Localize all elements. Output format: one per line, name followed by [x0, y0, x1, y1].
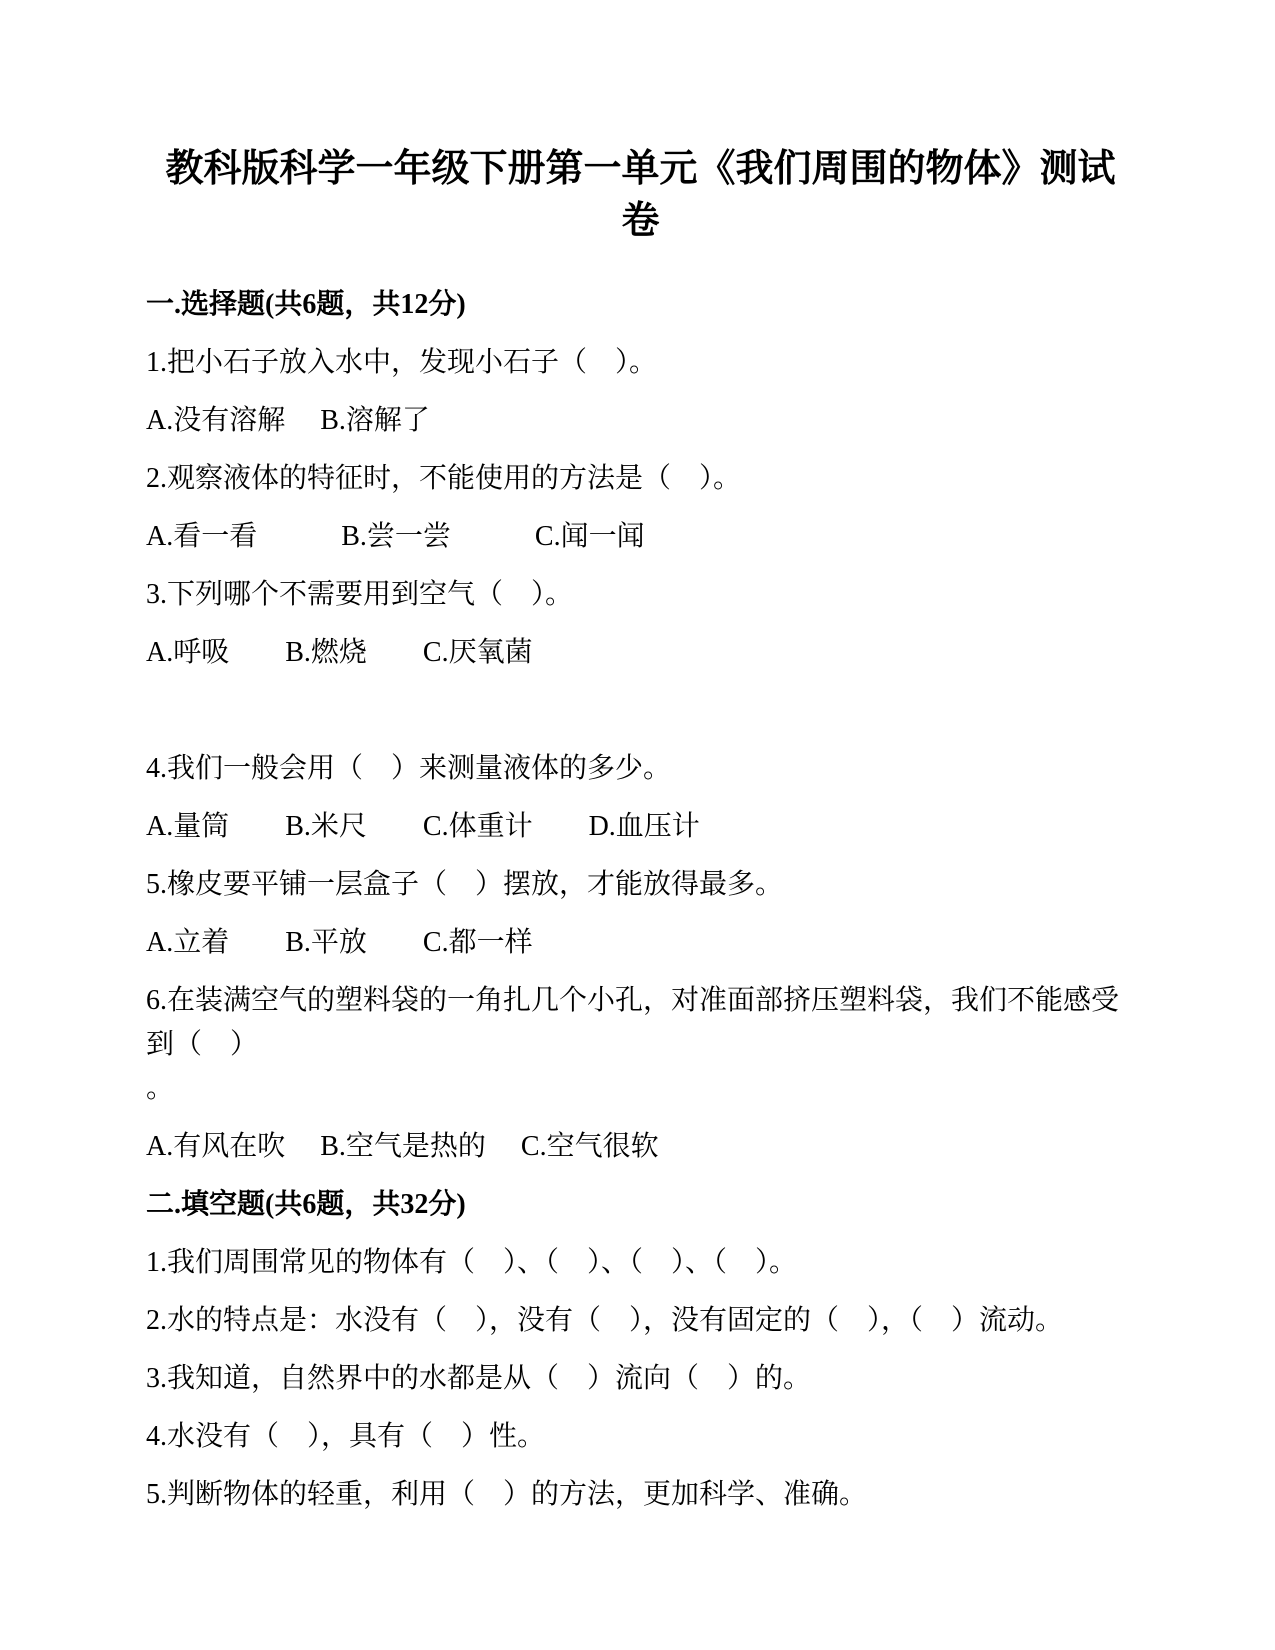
- question-text: 5.判断物体的轻重，利用（ ）的方法，更加科学、准确。: [146, 1473, 1135, 1517]
- section-choice: 一.选择题(共6题，共12分) 1.把小石子放入水中，发现小石子（ ）。 A.没…: [146, 283, 1135, 1169]
- question-text: 3.下列哪个不需要用到空气（ ）。: [146, 573, 1135, 617]
- question-text: 5.橡皮要平铺一层盒子（ ）摆放，才能放得最多。: [146, 863, 1135, 907]
- question-options: A.看一看 B.尝一尝 C.闻一闻: [146, 515, 1135, 559]
- section-fill-blank: 二.填空题(共6题，共32分) 1.我们周围常见的物体有（ ）、（ ）、（ ）、…: [146, 1183, 1135, 1517]
- question-options: A.立着 B.平放 C.都一样: [146, 921, 1135, 965]
- section-heading-choice: 一.选择题(共6题，共12分): [146, 283, 1135, 327]
- document-title: 教科版科学一年级下册第一单元《我们周围的物体》测试卷: [161, 143, 1121, 247]
- section-heading-fill-blank: 二.填空题(共6题，共32分): [146, 1183, 1135, 1227]
- question-text: 1.把小石子放入水中，发现小石子（ ）。: [146, 341, 1135, 385]
- question-text: 3.我知道，自然界中的水都是从（ ）流向（ ）的。: [146, 1357, 1135, 1401]
- question-text: 4.我们一般会用（ ）来测量液体的多少。: [146, 747, 1135, 791]
- question-text: 2.观察液体的特征时，不能使用的方法是（ ）。: [146, 457, 1135, 501]
- question-options: A.呼吸 B.燃烧 C.厌氧菌: [146, 631, 1135, 675]
- question-text-line: 6.在装满空气的塑料袋的一角扎几个小孔，对准面部挤压塑料袋，我们不能感受到（ ）: [146, 985, 1119, 1060]
- question-text: 6.在装满空气的塑料袋的一角扎几个小孔，对准面部挤压塑料袋，我们不能感受到（ ）…: [146, 979, 1135, 1111]
- test-paper-page: 教科版科学一年级下册第一单元《我们周围的物体》测试卷 一.选择题(共6题，共12…: [0, 0, 1275, 1650]
- question-text: 1.我们周围常见的物体有（ ）、（ ）、（ ）、（ ）。: [146, 1241, 1135, 1285]
- question-options: A.没有溶解 B.溶解了: [146, 399, 1135, 443]
- question-text: 2.水的特点是：水没有（ ），没有（ ），没有固定的（ ），（ ）流动。: [146, 1299, 1135, 1343]
- blank-line: [146, 689, 1135, 747]
- question-options: A.有风在吹 B.空气是热的 C.空气很软: [146, 1125, 1135, 1169]
- question-text-line: 。: [146, 1073, 174, 1104]
- question-options: A.量筒 B.米尺 C.体重计 D.血压计: [146, 805, 1135, 849]
- question-text: 4.水没有（ ），具有（ ）性。: [146, 1415, 1135, 1459]
